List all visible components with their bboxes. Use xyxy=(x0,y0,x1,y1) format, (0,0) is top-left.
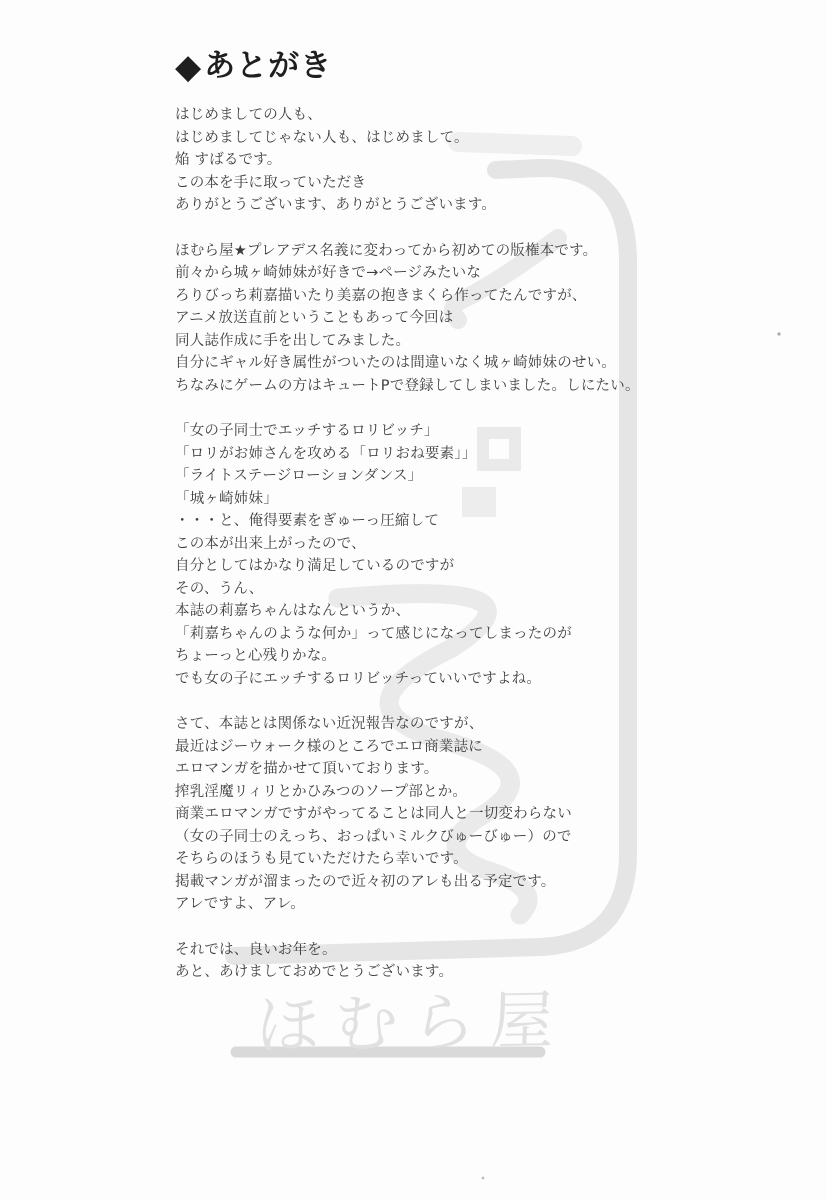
afterword-paragraph-contents: 「女の子同士でエッチするロリビッチ」 「ロリがお姉さんを攻める「ロリおね要素」」… xyxy=(175,420,755,690)
diamond-icon: ◆ xyxy=(175,47,202,87)
afterword-paragraph-closing: それでは、良いお年を。 あと、あけましておめでとうございます。 xyxy=(175,939,755,984)
scan-speck xyxy=(482,1177,485,1180)
scan-speck xyxy=(777,332,780,335)
afterword-paragraph-background: ほむら屋★プレアデス名義に変わってから初めての版権本です。 前々から城ヶ崎姉妹が… xyxy=(175,240,755,398)
afterword-content: ◆あとがき はじめましての人も、 はじめましてじゃない人も、はじめまして。 焔 … xyxy=(175,46,755,1007)
page-title-text: あとがき xyxy=(204,48,332,84)
afterword-page: ほむら屋 ◆あとがき はじめましての人も、 はじめましてじゃない人も、はじめまし… xyxy=(0,0,827,1200)
afterword-paragraph-news: さて、本誌とは関係ない近況報告なのですが、 最近はジーウォーク様のところでエロ商… xyxy=(175,713,755,916)
page-title: ◆あとがき xyxy=(175,46,755,87)
afterword-paragraph-greeting: はじめましての人も、 はじめましてじゃない人も、はじめまして。 焔 すばるです。… xyxy=(175,104,755,217)
